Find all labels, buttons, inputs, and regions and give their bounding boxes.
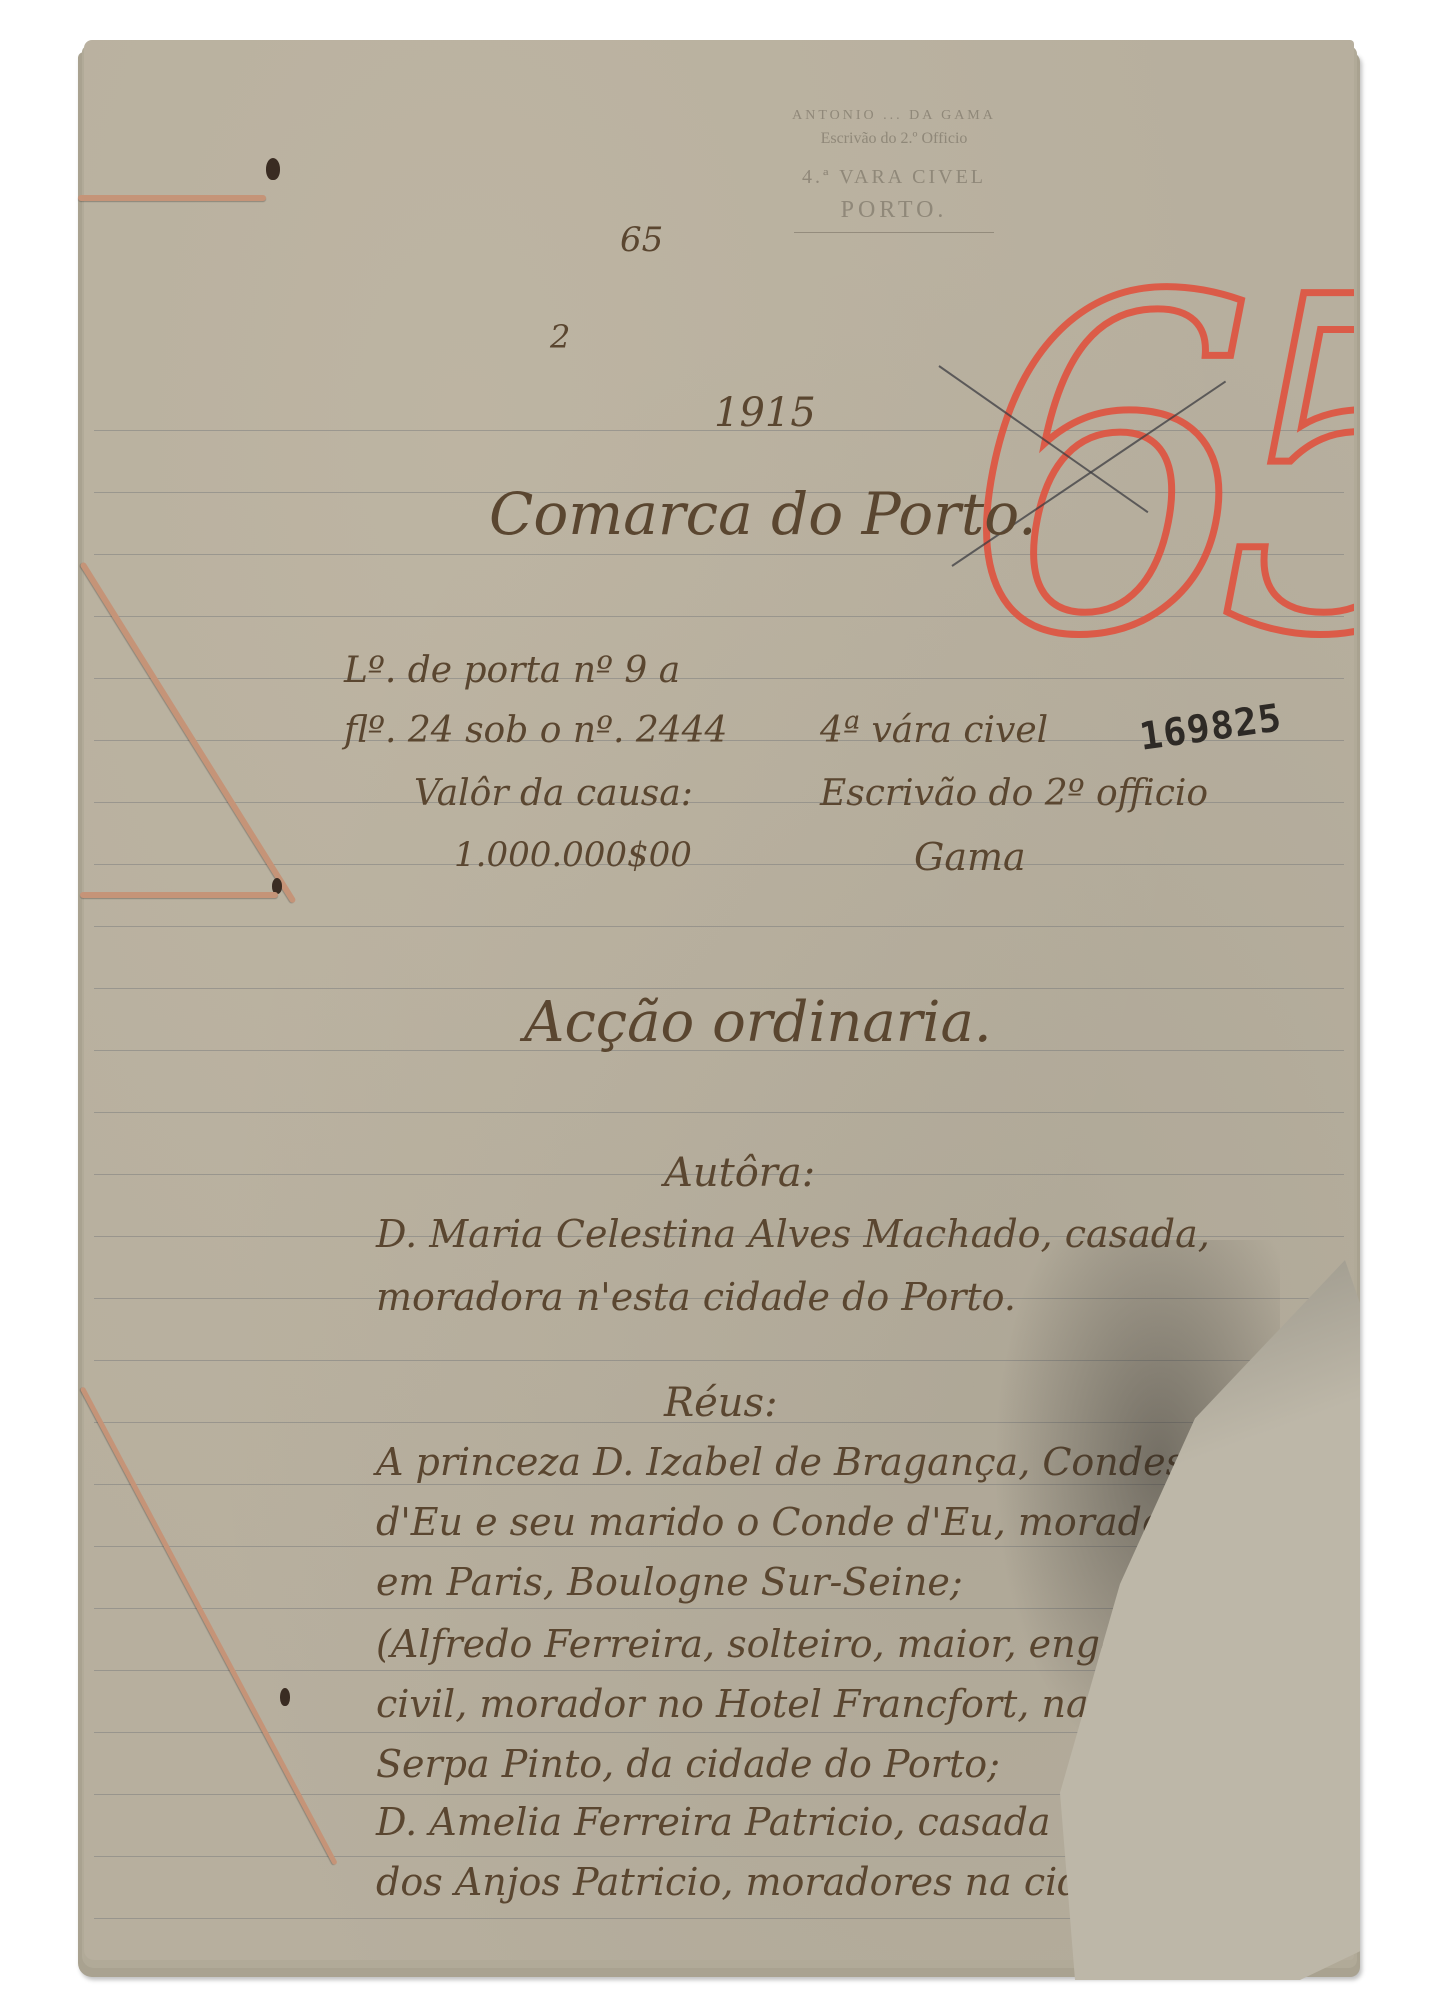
defendants-label: Réus: [664,1380,778,1426]
court-division: 4ª vára civel [820,710,1048,751]
red-crayon-number: 65 [964,240,1354,700]
defendant-line: dos Anjos Patricio, moradores na cidade [376,1860,1151,1904]
case-type: Acção ordinaria. [524,990,992,1055]
sheet-number: 2 [550,318,570,356]
ruled-line [94,864,1344,865]
binding-hole-bottom [280,1688,290,1706]
defendant-line: D. Amelia Ferreira Patricio, casada com [376,1800,1143,1844]
year: 1915 [714,390,816,436]
case-value: 1.000.000$00 [454,835,692,875]
ruled-line [94,1112,1344,1113]
plaintiff-label: Autôra: [664,1150,815,1196]
ruled-line [94,988,1344,989]
ruled-line [94,926,1344,927]
registry-line-2: flº. 24 sob o nº. 2444 [344,710,727,751]
case-value-label: Valôr da causa: [414,773,693,814]
folder-number-small: 65 [620,220,663,260]
defendant-line: Serpa Pinto, da cidade do Porto; [376,1742,1000,1786]
clerk-office: Escrivão do 2º officio [820,773,1208,814]
heading-comarca: Comarca do Porto. [489,480,1037,548]
registry-line-1: Lº. de porta nº 9 a [344,650,680,691]
binding-string-middle [80,892,278,898]
stamp-arc-text: ANTONIO ... DA GAMA [734,108,1054,124]
binding-hole-top [266,158,280,180]
plaintiff-line-2: moradora n'esta cidade do Porto. [376,1275,1016,1319]
stamp-court: 4.ª VARA CIVEL [734,166,1054,189]
stamp-office: Escrivão do 2.º Officio [734,130,1054,148]
defendant-line: em Paris, Boulogne Sur-Seine; [376,1560,963,1604]
binding-string-top [78,195,266,201]
clerk-name: Gama [914,835,1026,879]
